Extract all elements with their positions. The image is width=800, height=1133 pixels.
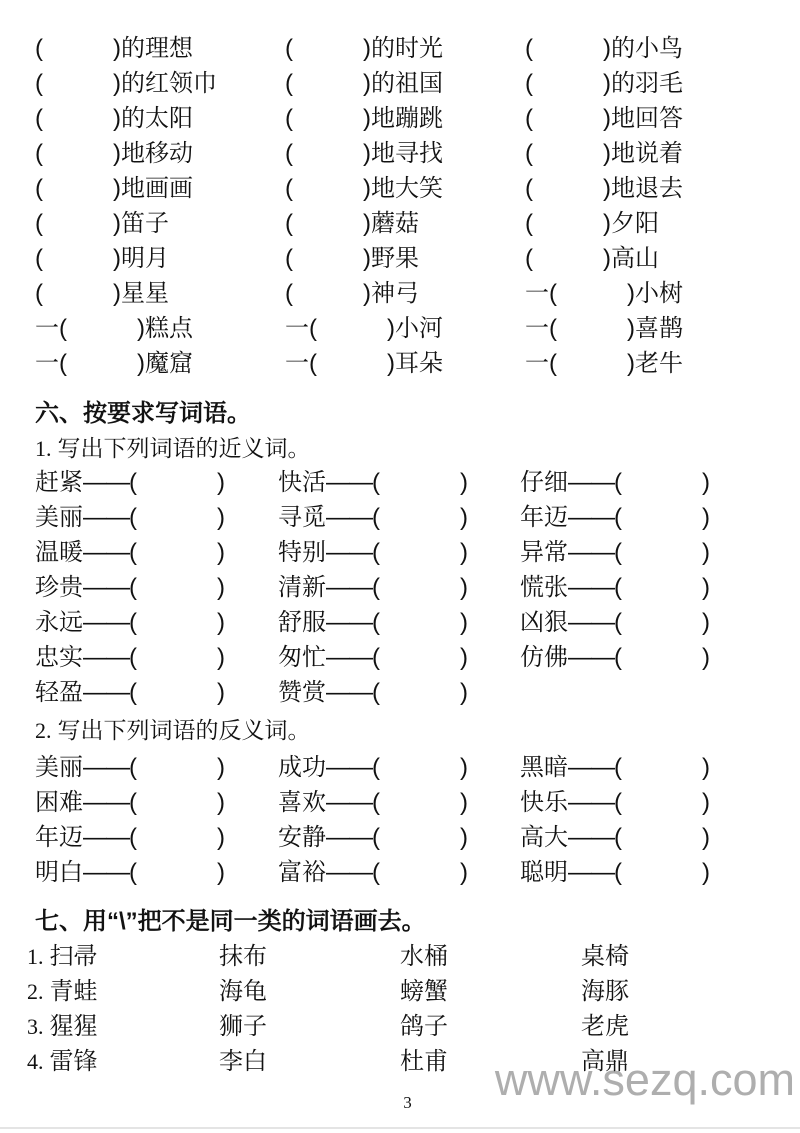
phrase-text: 的小鸟 xyxy=(611,35,683,62)
bottom-divider xyxy=(0,1127,800,1129)
close-paren: ) xyxy=(217,789,225,816)
close-paren: ) xyxy=(460,574,468,601)
long-dash: —— xyxy=(83,644,129,671)
word-pair-item: 喜欢——() xyxy=(278,785,520,820)
open-paren: ( xyxy=(372,754,380,781)
fill-blank-row: ()笛子()蘑菇()夕阳 xyxy=(35,206,780,241)
antonym-list: 美丽——()成功——()黑暗——()困难——()喜欢——()快乐——()年迈——… xyxy=(35,750,780,890)
long-dash: —— xyxy=(83,754,129,781)
fill-blank-item: 一()糕点 xyxy=(35,311,285,346)
fill-blank-item: ()笛子 xyxy=(35,206,285,241)
source-word: 安静 xyxy=(278,824,326,851)
phrase-text: 地移动 xyxy=(121,140,193,167)
category-word: 海龟 xyxy=(219,978,267,1005)
word-pair-item: 美丽——() xyxy=(35,500,278,535)
open-paren: ( xyxy=(614,539,622,566)
open-paren: ( xyxy=(285,140,293,167)
word-pair-item: 高大——() xyxy=(520,820,780,855)
open-paren: ( xyxy=(129,504,137,531)
worksheet-page: www.sezq.com ()的理想()的时光()的小鸟()的红领巾()的祖国(… xyxy=(0,0,800,1133)
item-number: 4. xyxy=(27,1049,44,1074)
fill-blank-item: 一()魔窟 xyxy=(35,346,285,381)
fill-blank-item: ()明月 xyxy=(35,241,285,276)
close-paren: ) xyxy=(460,789,468,816)
phrase-text: 的羽毛 xyxy=(611,70,683,97)
category-item: 1.扫帚 xyxy=(27,939,219,974)
source-word: 慌张 xyxy=(520,574,568,601)
phrase-text: 神弓 xyxy=(371,280,419,307)
close-paren: ) xyxy=(387,315,395,342)
fill-blank-row: ()明月()野果()高山 xyxy=(35,241,780,276)
fill-blank-item: ()的时光 xyxy=(285,31,525,66)
open-paren: ( xyxy=(372,859,380,886)
open-paren: ( xyxy=(614,859,622,886)
phrase-text: 耳朵 xyxy=(395,350,443,377)
category-word: 抹布 xyxy=(219,943,267,970)
open-paren: ( xyxy=(35,280,43,307)
word-pair-item: 温暖——() xyxy=(35,535,278,570)
open-paren: ( xyxy=(614,754,622,781)
source-word: 赶紧 xyxy=(35,469,83,496)
long-dash: —— xyxy=(568,539,614,566)
long-dash: —— xyxy=(326,469,372,496)
open-paren: ( xyxy=(614,469,622,496)
fill-blank-item: 一()耳朵 xyxy=(285,346,525,381)
open-paren: ( xyxy=(525,105,533,132)
item-number: 3. xyxy=(27,1014,44,1039)
open-paren: ( xyxy=(285,70,293,97)
close-paren: ) xyxy=(702,754,710,781)
fill-blank-item: 一()老牛 xyxy=(525,346,780,381)
word-pair-item: 困难——() xyxy=(35,785,278,820)
long-dash: —— xyxy=(83,859,129,886)
long-dash: —— xyxy=(568,504,614,531)
phrase-text: 老牛 xyxy=(635,350,683,377)
fill-blank-item: ()的羽毛 xyxy=(525,66,780,101)
category-item: 老虎 xyxy=(581,1009,780,1044)
phrase-text: 地退去 xyxy=(611,175,683,202)
category-word: 李白 xyxy=(219,1048,267,1075)
source-word: 聪明 xyxy=(520,859,568,886)
word-pair-item: 慌张——() xyxy=(520,570,780,605)
word-pair-row: 忠实——()匆忙——()仿佛——() xyxy=(35,640,780,675)
open-paren: ( xyxy=(614,644,622,671)
long-dash: —— xyxy=(568,754,614,781)
fill-blank-item: ()地回答 xyxy=(525,101,780,136)
open-paren: ( xyxy=(372,504,380,531)
word-pair-item: 年迈——() xyxy=(35,820,278,855)
open-paren: ( xyxy=(309,315,317,342)
open-paren: ( xyxy=(525,210,533,237)
long-dash: —— xyxy=(568,644,614,671)
long-dash: —— xyxy=(568,859,614,886)
close-paren: ) xyxy=(113,175,121,202)
phrase-text: 小树 xyxy=(635,280,683,307)
word-pair-item: 年迈——() xyxy=(520,500,780,535)
instruction-text: 写出下列词语的近义词。 xyxy=(58,435,311,461)
fill-blank-item: ()高山 xyxy=(525,241,780,276)
open-paren: ( xyxy=(549,350,557,377)
word-pair-row: 美丽——()寻觅——()年迈——() xyxy=(35,500,780,535)
phrase-text: 明月 xyxy=(121,245,169,272)
phrase-text: 地寻找 xyxy=(371,140,443,167)
close-paren: ) xyxy=(217,539,225,566)
close-paren: ) xyxy=(113,280,121,307)
phrase-text: 小河 xyxy=(395,315,443,342)
close-paren: ) xyxy=(363,210,371,237)
phrase-text: 地画画 xyxy=(121,175,193,202)
category-item: 海豚 xyxy=(581,974,780,1009)
phrase-text: 的太阳 xyxy=(121,105,193,132)
long-dash: —— xyxy=(83,789,129,816)
close-paren: ) xyxy=(603,35,611,62)
category-word: 螃蟹 xyxy=(400,978,448,1005)
source-word: 忠实 xyxy=(35,644,83,671)
long-dash: —— xyxy=(326,824,372,851)
measure-word-lead: 一 xyxy=(525,280,549,307)
antonym-instruction: 2.写出下列词语的反义词。 xyxy=(35,710,780,750)
category-row: 3.猩猩狮子鸽子老虎 xyxy=(27,1009,780,1044)
phrase-text: 的祖国 xyxy=(371,70,443,97)
close-paren: ) xyxy=(363,35,371,62)
close-paren: ) xyxy=(702,609,710,636)
word-pair-item: 忠实——() xyxy=(35,640,278,675)
close-paren: ) xyxy=(603,140,611,167)
category-word: 老虎 xyxy=(581,1013,629,1040)
close-paren: ) xyxy=(702,859,710,886)
long-dash: —— xyxy=(326,789,372,816)
close-paren: ) xyxy=(217,824,225,851)
word-pair-row: 美丽——()成功——()黑暗——() xyxy=(35,750,780,785)
category-item: 桌椅 xyxy=(581,939,780,974)
measure-word-lead: 一 xyxy=(525,350,549,377)
close-paren: ) xyxy=(702,644,710,671)
category-item: 水桶 xyxy=(400,939,581,974)
source-word: 年迈 xyxy=(520,504,568,531)
category-word: 水桶 xyxy=(400,943,448,970)
category-item: 狮子 xyxy=(219,1009,400,1044)
open-paren: ( xyxy=(372,469,380,496)
open-paren: ( xyxy=(35,210,43,237)
category-word: 海豚 xyxy=(581,978,629,1005)
open-paren: ( xyxy=(129,539,137,566)
close-paren: ) xyxy=(702,504,710,531)
fill-blank-item: ()地画画 xyxy=(35,171,285,206)
word-pair-item: 凶狠——() xyxy=(520,605,780,640)
open-paren: ( xyxy=(372,539,380,566)
open-paren: ( xyxy=(129,824,137,851)
word-pair-row: 赶紧——()快活——()仔细——() xyxy=(35,465,780,500)
word-pair-row: 轻盈——()赞赏——() xyxy=(35,675,780,710)
phrase-text: 夕阳 xyxy=(611,210,659,237)
source-word: 永远 xyxy=(35,609,83,636)
category-row: 4.雷锋李白杜甫高鼎 xyxy=(27,1044,780,1079)
open-paren: ( xyxy=(285,175,293,202)
fill-blank-row: ()的太阳()地蹦跳()地回答 xyxy=(35,101,780,136)
category-word: 高鼎 xyxy=(581,1048,629,1075)
fill-blank-item: ()夕阳 xyxy=(525,206,780,241)
phrase-text: 笛子 xyxy=(121,210,169,237)
close-paren: ) xyxy=(363,140,371,167)
worksheet-content: ()的理想()的时光()的小鸟()的红领巾()的祖国()的羽毛()的太阳()地蹦… xyxy=(0,0,800,1113)
phrase-text: 地回答 xyxy=(611,105,683,132)
category-item: 2.青蛙 xyxy=(27,974,219,1009)
word-pair-row: 年迈——()安静——()高大——() xyxy=(35,820,780,855)
instruction-text: 写出下列词语的反义词。 xyxy=(58,717,311,743)
category-item: 4.雷锋 xyxy=(27,1044,219,1079)
word-pair-item: 寻觅——() xyxy=(278,500,520,535)
long-dash: —— xyxy=(83,609,129,636)
long-dash: —— xyxy=(83,574,129,601)
close-paren: ) xyxy=(603,70,611,97)
close-paren: ) xyxy=(217,469,225,496)
word-pair-row: 永远——()舒服——()凶狠——() xyxy=(35,605,780,640)
measure-word-lead: 一 xyxy=(35,315,59,342)
close-paren: ) xyxy=(113,140,121,167)
phrase-text: 蘑菇 xyxy=(371,210,419,237)
close-paren: ) xyxy=(217,859,225,886)
close-paren: ) xyxy=(460,824,468,851)
close-paren: ) xyxy=(702,574,710,601)
word-pair-item: 轻盈——() xyxy=(35,675,278,710)
close-paren: ) xyxy=(603,210,611,237)
measure-word-lead: 一 xyxy=(35,350,59,377)
open-paren: ( xyxy=(35,70,43,97)
open-paren: ( xyxy=(285,105,293,132)
word-pair-item: 赶紧——() xyxy=(35,465,278,500)
category-row: 1.扫帚抹布水桶桌椅 xyxy=(27,939,780,974)
close-paren: ) xyxy=(603,245,611,272)
fill-blank-item: ()星星 xyxy=(35,276,285,311)
open-paren: ( xyxy=(614,824,622,851)
fill-blank-item: ()的理想 xyxy=(35,31,285,66)
close-paren: ) xyxy=(460,754,468,781)
phrase-text: 高山 xyxy=(611,245,659,272)
category-word: 鸽子 xyxy=(400,1013,448,1040)
close-paren: ) xyxy=(363,280,371,307)
category-item: 鸽子 xyxy=(400,1009,581,1044)
close-paren: ) xyxy=(627,315,635,342)
phrase-text: 喜鹊 xyxy=(635,315,683,342)
phrase-text: 的红领巾 xyxy=(121,70,217,97)
close-paren: ) xyxy=(627,280,635,307)
category-row: 2.青蛙海龟螃蟹海豚 xyxy=(27,974,780,1009)
fill-blank-item: ()地大笑 xyxy=(285,171,525,206)
close-paren: ) xyxy=(387,350,395,377)
long-dash: —— xyxy=(83,679,129,706)
fill-blank-row: 一()糕点一()小河一()喜鹊 xyxy=(35,311,780,346)
fill-blank-item: ()蘑菇 xyxy=(285,206,525,241)
fill-blank-row: ()的红领巾()的祖国()的羽毛 xyxy=(35,66,780,101)
close-paren: ) xyxy=(137,350,145,377)
open-paren: ( xyxy=(614,609,622,636)
source-word: 高大 xyxy=(520,824,568,851)
open-paren: ( xyxy=(285,245,293,272)
source-word: 明白 xyxy=(35,859,83,886)
close-paren: ) xyxy=(702,789,710,816)
item-number: 1. xyxy=(27,944,44,969)
section-six-heading: 六、按要求写词语。 xyxy=(35,396,780,431)
source-word: 清新 xyxy=(278,574,326,601)
category-word: 杜甫 xyxy=(400,1048,448,1075)
open-paren: ( xyxy=(35,140,43,167)
close-paren: ) xyxy=(627,350,635,377)
instruction-number: 2. xyxy=(35,718,52,743)
word-pair-item: 成功——() xyxy=(278,750,520,785)
close-paren: ) xyxy=(217,754,225,781)
long-dash: —— xyxy=(326,859,372,886)
open-paren: ( xyxy=(35,245,43,272)
word-pair-item: 富裕——() xyxy=(278,855,520,890)
open-paren: ( xyxy=(129,789,137,816)
synonym-instruction: 1.写出下列词语的近义词。 xyxy=(35,431,780,465)
open-paren: ( xyxy=(129,644,137,671)
category-item: 杜甫 xyxy=(400,1044,581,1079)
category-section: 1.扫帚抹布水桶桌椅2.青蛙海龟螃蟹海豚3.猩猩狮子鸽子老虎4.雷锋李白杜甫高鼎 xyxy=(27,939,780,1079)
word-pair-item: 安静——() xyxy=(278,820,520,855)
long-dash: —— xyxy=(326,574,372,601)
source-word: 快乐 xyxy=(520,789,568,816)
open-paren: ( xyxy=(525,175,533,202)
open-paren: ( xyxy=(525,140,533,167)
source-word: 温暖 xyxy=(35,539,83,566)
source-word: 困难 xyxy=(35,789,83,816)
category-item: 高鼎 xyxy=(581,1044,780,1079)
word-pair-item: 匆忙——() xyxy=(278,640,520,675)
category-word: 狮子 xyxy=(219,1013,267,1040)
section-seven-heading: 七、用“\”把不是同一类的词语画去。 xyxy=(35,904,780,939)
close-paren: ) xyxy=(113,70,121,97)
long-dash: —— xyxy=(326,754,372,781)
source-word: 喜欢 xyxy=(278,789,326,816)
source-word: 舒服 xyxy=(278,609,326,636)
close-paren: ) xyxy=(363,175,371,202)
long-dash: —— xyxy=(326,609,372,636)
fill-blank-section: ()的理想()的时光()的小鸟()的红领巾()的祖国()的羽毛()的太阳()地蹦… xyxy=(35,0,780,381)
close-paren: ) xyxy=(603,175,611,202)
close-paren: ) xyxy=(113,35,121,62)
close-paren: ) xyxy=(363,245,371,272)
close-paren: ) xyxy=(460,644,468,671)
open-paren: ( xyxy=(372,824,380,851)
category-word: 桌椅 xyxy=(581,943,629,970)
long-dash: —— xyxy=(83,469,129,496)
word-pair-item: 仿佛——() xyxy=(520,640,780,675)
fill-blank-item: ()地说着 xyxy=(525,136,780,171)
fill-blank-row: 一()魔窟一()耳朵一()老牛 xyxy=(35,346,780,381)
open-paren: ( xyxy=(129,469,137,496)
fill-blank-item: ()的红领巾 xyxy=(35,66,285,101)
open-paren: ( xyxy=(59,315,67,342)
measure-word-lead: 一 xyxy=(285,315,309,342)
open-paren: ( xyxy=(129,574,137,601)
open-paren: ( xyxy=(614,504,622,531)
source-word: 凶狠 xyxy=(520,609,568,636)
word-pair-item: 永远——() xyxy=(35,605,278,640)
word-pair-item: 清新——() xyxy=(278,570,520,605)
open-paren: ( xyxy=(129,754,137,781)
fill-blank-item: 一()喜鹊 xyxy=(525,311,780,346)
category-item: 抹布 xyxy=(219,939,400,974)
open-paren: ( xyxy=(35,105,43,132)
source-word: 快活 xyxy=(278,469,326,496)
synonym-list: 赶紧——()快活——()仔细——()美丽——()寻觅——()年迈——()温暖——… xyxy=(35,465,780,710)
fill-blank-item: ()的祖国 xyxy=(285,66,525,101)
fill-blank-item: 一()小河 xyxy=(285,311,525,346)
close-paren: ) xyxy=(217,679,225,706)
close-paren: ) xyxy=(217,609,225,636)
word-pair-item: 珍贵——() xyxy=(35,570,278,605)
open-paren: ( xyxy=(59,350,67,377)
phrase-text: 的理想 xyxy=(121,35,193,62)
long-dash: —— xyxy=(83,504,129,531)
item-number: 2. xyxy=(27,979,44,1004)
fill-blank-item: ()野果 xyxy=(285,241,525,276)
category-item: 海龟 xyxy=(219,974,400,1009)
word-pair-item: 特别——() xyxy=(278,535,520,570)
phrase-text: 星星 xyxy=(121,280,169,307)
open-paren: ( xyxy=(372,609,380,636)
close-paren: ) xyxy=(217,504,225,531)
source-word: 美丽 xyxy=(35,754,83,781)
long-dash: —— xyxy=(568,574,614,601)
source-word: 轻盈 xyxy=(35,679,83,706)
long-dash: —— xyxy=(568,609,614,636)
close-paren: ) xyxy=(113,105,121,132)
open-paren: ( xyxy=(525,70,533,97)
fill-blank-item: ()的小鸟 xyxy=(525,31,780,66)
open-paren: ( xyxy=(285,210,293,237)
source-word: 寻觅 xyxy=(278,504,326,531)
phrase-text: 糕点 xyxy=(145,315,193,342)
source-word: 特别 xyxy=(278,539,326,566)
open-paren: ( xyxy=(614,789,622,816)
fill-blank-item: ()地寻找 xyxy=(285,136,525,171)
phrase-text: 野果 xyxy=(371,245,419,272)
source-word: 美丽 xyxy=(35,504,83,531)
open-paren: ( xyxy=(525,245,533,272)
measure-word-lead: 一 xyxy=(285,350,309,377)
category-item: 李白 xyxy=(219,1044,400,1079)
category-item: 3.猩猩 xyxy=(27,1009,219,1044)
fill-blank-item: ()地移动 xyxy=(35,136,285,171)
category-item: 螃蟹 xyxy=(400,974,581,1009)
long-dash: —— xyxy=(83,824,129,851)
word-pair-row: 困难——()喜欢——()快乐——() xyxy=(35,785,780,820)
phrase-text: 地说着 xyxy=(611,140,683,167)
open-paren: ( xyxy=(129,859,137,886)
word-pair-item: 明白——() xyxy=(35,855,278,890)
long-dash: —— xyxy=(568,469,614,496)
close-paren: ) xyxy=(460,679,468,706)
close-paren: ) xyxy=(702,539,710,566)
close-paren: ) xyxy=(702,469,710,496)
category-word: 青蛙 xyxy=(50,978,98,1005)
open-paren: ( xyxy=(309,350,317,377)
open-paren: ( xyxy=(372,789,380,816)
open-paren: ( xyxy=(285,35,293,62)
open-paren: ( xyxy=(549,280,557,307)
close-paren: ) xyxy=(217,574,225,601)
close-paren: ) xyxy=(113,245,121,272)
word-pair-row: 明白——()富裕——()聪明——() xyxy=(35,855,780,890)
close-paren: ) xyxy=(460,859,468,886)
source-word: 富裕 xyxy=(278,859,326,886)
word-pair-item: 快乐——() xyxy=(520,785,780,820)
page-number: 3 xyxy=(35,1093,780,1113)
word-pair-item: 仔细——() xyxy=(520,465,780,500)
fill-blank-row: ()的理想()的时光()的小鸟 xyxy=(35,31,780,66)
